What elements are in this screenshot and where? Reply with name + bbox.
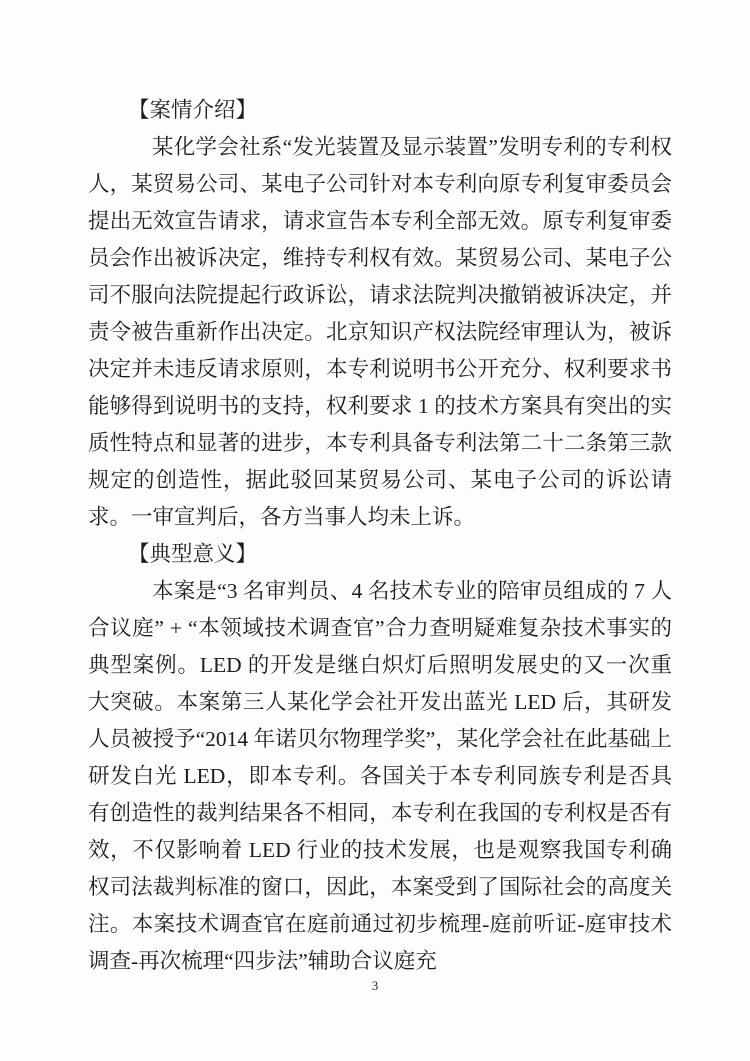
paragraph-case-introduction: 某化学会社系“发光装置及显示装置”发明专利的专利权人，某贸易公司、某电子公司针对… xyxy=(88,129,672,536)
page-number: 3 xyxy=(0,977,750,995)
section-heading-case-introduction: 【案情介绍】 xyxy=(88,92,672,129)
document-body: 【案情介绍】 某化学会社系“发光装置及显示装置”发明专利的专利权人，某贸易公司、… xyxy=(88,92,672,980)
section-heading-typical-significance: 【典型意义】 xyxy=(88,536,672,573)
document-page: 【案情介绍】 某化学会社系“发光装置及显示装置”发明专利的专利权人，某贸易公司、… xyxy=(0,0,750,1061)
paragraph-typical-significance: 本案是“3 名审判员、4 名技术专业的陪审员组成的 7 人合议庭” + “本领域… xyxy=(88,573,672,980)
